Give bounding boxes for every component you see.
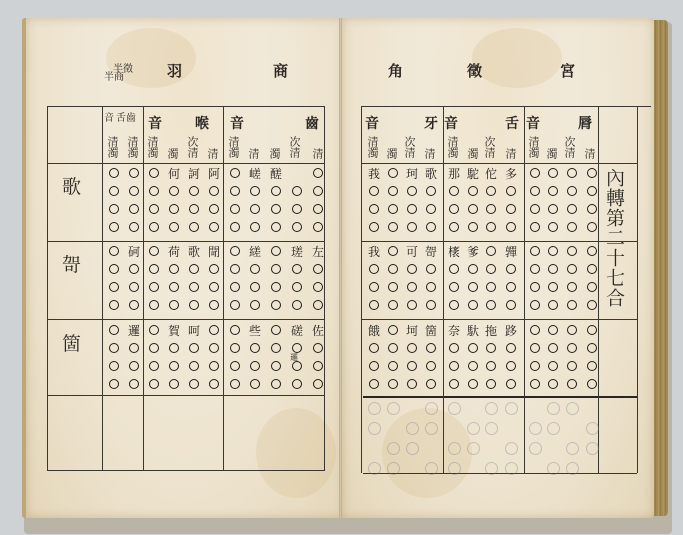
empty-cell [386,220,400,234]
empty-cell [147,341,161,355]
articulation-label: 音 [104,113,114,124]
empty-cell [386,359,400,373]
circle-icon [548,264,558,274]
circle-icon [548,361,558,371]
empty-cell [187,184,201,198]
circle-icon [506,186,516,196]
circle-icon [129,379,139,389]
ghost-circle [368,402,381,415]
character-cell: 荷 [167,244,181,258]
empty-cell [167,377,181,391]
circle-icon [486,361,496,371]
character: 何 [168,165,180,182]
empty-cell [127,262,141,276]
empty-cell [447,202,461,216]
empty-cell [311,262,325,276]
character-cell: 駝 [466,166,480,180]
circle-icon [567,186,577,196]
empty-cell [167,262,181,276]
ghost-circle [566,442,579,455]
circle-icon [271,300,281,310]
circle-icon [271,361,281,371]
circle-icon [449,186,459,196]
circle-icon [271,222,281,232]
circle-icon [468,361,478,371]
character: 呵 [188,322,200,339]
circle-icon [169,264,179,274]
circle-icon [486,204,496,214]
ghost-circle [505,462,518,475]
empty-cell [447,220,461,234]
circle-icon [486,186,496,196]
voicing-label: 次清 [403,136,415,158]
circle-icon [109,379,119,389]
character: 砢 [128,243,140,260]
circle-icon [548,300,558,310]
empty-cell [311,280,325,294]
empty-cell [187,202,201,216]
circle-icon [209,222,219,232]
empty-cell [207,359,221,373]
empty-cell [546,323,560,337]
circle-icon [506,222,516,232]
empty-cell [546,359,560,373]
circle-icon [388,325,398,335]
circle-icon [169,186,179,196]
empty-cell [484,262,498,276]
circle-icon [189,379,199,389]
character: 醝 [270,165,282,182]
circle-icon [548,246,558,256]
empty-cell [367,341,381,355]
empty-cell [127,220,141,234]
empty-cell [424,202,438,216]
circle-icon [530,300,540,310]
ghost-circle [485,402,498,415]
empty-cell [504,184,518,198]
empty-cell [528,244,542,258]
voicing-label: 清濁 [366,136,378,158]
circle-icon [530,282,540,292]
circle-icon [209,264,219,274]
empty-cell [405,184,419,198]
circle-icon [548,168,558,178]
ghost-circle [485,462,498,475]
empty-cell [290,262,304,276]
circle-icon [189,204,199,214]
empty-cell [167,298,181,312]
character-cell: 訶 [187,166,201,180]
voicing-label: 清 [504,148,516,159]
character: 荷 [168,243,180,260]
ghost-circle [586,422,599,435]
empty-cell [147,184,161,198]
circle-icon [388,168,398,178]
circle-icon [530,168,540,178]
circle-icon [587,379,597,389]
character-cell: 珂 [405,166,419,180]
circle-icon [426,300,436,310]
character-cell: 跢 [504,323,518,337]
empty-cell [187,298,201,312]
empty-cell [107,377,121,391]
empty-cell [386,166,400,180]
empty-cell [585,220,599,234]
character: 奈 [448,322,460,339]
circle-icon [129,204,139,214]
circle-icon [369,222,379,232]
character-cell: 嚲 [504,244,518,258]
character: 坷 [406,322,418,339]
empty-cell [187,220,201,234]
character: 駝 [467,165,479,182]
circle-icon [129,282,139,292]
circle-icon [449,264,459,274]
empty-cell [424,262,438,276]
empty-cell [484,377,498,391]
circle-icon [313,222,323,232]
character: 瑳 [291,243,303,260]
circle-icon [169,300,179,310]
empty-cell [290,220,304,234]
voicing-label: 清濁 [527,136,539,158]
character: 哿 [425,243,437,260]
circle-icon [506,343,516,353]
empty-cell [107,244,121,258]
empty-cell [269,377,283,391]
circle-icon [530,204,540,214]
empty-cell [546,184,560,198]
character: 餓 [368,322,380,339]
empty-cell [248,262,262,276]
articulation-label: 舌 [505,113,519,133]
empty-cell [228,202,242,216]
empty-cell [290,377,304,391]
empty-cell [585,359,599,373]
circle-icon [369,300,379,310]
circle-icon [149,222,159,232]
empty-cell [504,377,518,391]
empty-cell [187,280,201,294]
empty-cell [447,341,461,355]
empty-cell [386,341,400,355]
empty-cell [311,377,325,391]
character-cell: 拖 [484,323,498,337]
empty-cell [147,377,161,391]
empty-cell [167,220,181,234]
circle-icon [587,222,597,232]
circle-icon [486,264,496,274]
character: 那 [448,165,460,182]
circle-icon [506,361,516,371]
empty-cell [386,323,400,337]
ghost-circle [586,442,599,455]
empty-cell [565,184,579,198]
tone-label: 商 [273,60,288,81]
articulation-label: 音 [365,113,379,133]
empty-cell [107,202,121,216]
empty-cell [367,280,381,294]
empty-cell [311,298,325,312]
character-cell: 歌 [187,244,201,258]
empty-cell [466,184,480,198]
character: 馱 [467,322,479,339]
voicing-label: 次清 [483,136,495,158]
empty-cell [424,298,438,312]
articulation-label: 音 [526,113,540,133]
character-cell: 邏 [127,323,141,337]
articulation-label: 舌齒 [116,113,136,124]
empty-cell [248,184,262,198]
circle-icon [506,282,516,292]
circle-icon [313,300,323,310]
annotation: 邏 [290,352,298,363]
empty-cell [167,184,181,198]
circle-icon [109,300,119,310]
circle-icon [388,343,398,353]
empty-cell [207,202,221,216]
circle-icon [149,361,159,371]
empty-cell [386,184,400,198]
character: 我 [368,243,380,260]
empty-cell [311,202,325,216]
circle-icon [407,379,417,389]
empty-cell [367,298,381,312]
circle-icon [169,282,179,292]
empty-cell [228,262,242,276]
circle-icon [530,343,540,353]
empty-cell [207,220,221,234]
voicing-label: 清濁 [126,136,138,158]
character-cell: 我 [367,244,381,258]
ghost-circle [448,442,461,455]
ghost-circle [368,462,381,475]
circle-icon [292,379,302,389]
character-cell: 哿 [424,244,438,258]
circle-icon [149,204,159,214]
empty-cell [367,184,381,198]
circle-icon [189,222,199,232]
empty-cell [187,359,201,373]
circle-icon [426,361,436,371]
empty-cell [147,202,161,216]
circle-icon [426,186,436,196]
empty-cell [248,220,262,234]
empty-cell [546,341,560,355]
circle-icon [407,343,417,353]
empty-cell [311,359,325,373]
circle-icon [587,204,597,214]
circle-icon [388,282,398,292]
empty-cell [248,280,262,294]
empty-cell [546,298,560,312]
empty-cell [127,166,141,180]
voicing-label: 清 [311,148,323,159]
empty-cell [248,359,262,373]
empty-cell [386,262,400,276]
character: 珂 [406,165,418,182]
circle-icon [567,300,577,310]
empty-cell [405,220,419,234]
circle-icon [250,186,260,196]
circle-icon [567,379,577,389]
voicing-label: 次清 [288,136,300,158]
circle-icon [548,379,558,389]
circle-icon [468,222,478,232]
circle-icon [548,282,558,292]
circle-icon [109,282,119,292]
circle-icon [587,168,597,178]
empty-cell [585,202,599,216]
empty-cell [311,184,325,198]
circle-icon [449,204,459,214]
empty-cell [424,377,438,391]
empty-cell [484,202,498,216]
empty-cell [248,202,262,216]
character-cell: 那 [447,166,461,180]
empty-cell [565,166,579,180]
character-cell: 賀 [167,323,181,337]
empty-cell [484,280,498,294]
circle-icon [149,325,159,335]
empty-cell [504,359,518,373]
ghost-circle [547,422,560,435]
empty-cell [107,166,121,180]
voicing-label: 濁 [268,148,280,159]
circle-icon [109,186,119,196]
empty-cell [447,280,461,294]
voicing-label: 濁 [166,148,178,159]
character: 橠 [448,243,460,260]
empty-cell [528,202,542,216]
ghost-circle [448,462,461,475]
empty-cell [167,280,181,294]
tone-label: 宮 [560,60,575,81]
circle-icon [426,264,436,274]
circle-icon [149,186,159,196]
circle-icon [230,204,240,214]
empty-cell [269,202,283,216]
circle-icon [109,264,119,274]
empty-cell [546,166,560,180]
circle-icon [209,343,219,353]
empty-cell [228,377,242,391]
empty-cell [447,262,461,276]
voicing-label: 清 [247,148,259,159]
circle-icon [209,325,219,335]
circle-icon [250,343,260,353]
circle-icon [292,222,302,232]
circle-icon [449,343,459,353]
character-cell: 𩁴 [290,166,304,180]
empty-cell [127,202,141,216]
circle-icon [468,264,478,274]
circle-icon [250,264,260,274]
empty-cell [187,262,201,276]
empty-cell [466,377,480,391]
circle-icon [449,300,459,310]
circle-icon [230,379,240,389]
empty-cell [565,341,579,355]
character-cell: 些 [248,323,262,337]
empty-cell [546,220,560,234]
circle-icon [250,361,260,371]
page-edges [652,20,668,516]
empty-cell [528,298,542,312]
circle-icon [313,361,323,371]
circle-icon [530,379,540,389]
empty-cell [107,323,121,337]
circle-icon [169,343,179,353]
empty-cell [269,262,283,276]
empty-cell [528,184,542,198]
empty-cell [565,323,579,337]
empty-cell [311,220,325,234]
empty-cell [386,244,400,258]
empty-cell [565,262,579,276]
empty-cell [585,244,599,258]
empty-cell [565,298,579,312]
circle-icon [587,343,597,353]
ghost-circle [448,402,461,415]
circle-icon [369,343,379,353]
circle-icon [149,282,159,292]
empty-cell [528,359,542,373]
circle-icon [230,300,240,310]
empty-cell [565,377,579,391]
circle-icon [230,282,240,292]
circle-icon [426,343,436,353]
circle-icon [250,379,260,389]
empty-cell [248,377,262,391]
character: 嚲 [505,243,517,260]
ghost-circle [505,402,518,415]
empty-cell [269,323,283,337]
circle-icon [271,264,281,274]
circle-icon [313,282,323,292]
circle-icon [149,300,159,310]
circle-icon [250,282,260,292]
empty-cell [504,341,518,355]
circle-icon [189,300,199,310]
circle-icon [189,361,199,371]
empty-cell [466,298,480,312]
circle-icon [313,186,323,196]
empty-cell [466,280,480,294]
empty-cell [367,377,381,391]
empty-cell [127,184,141,198]
circle-icon [587,186,597,196]
empty-cell [207,262,221,276]
character: 莪 [368,165,380,182]
circle-icon [169,204,179,214]
circle-icon [530,325,540,335]
character-cell: 阿 [207,166,221,180]
empty-cell [585,298,599,312]
circle-icon [271,325,281,335]
circle-icon [149,246,159,256]
character-cell: 坷 [405,323,419,337]
stain [472,28,562,88]
articulation-label: 音 [148,113,162,133]
character-cell: 左 [311,244,325,258]
circle-icon [486,246,496,256]
empty-cell [528,323,542,337]
circle-icon [230,168,240,178]
character: 賀 [168,322,180,339]
character: 爹 [467,243,479,260]
circle-icon [109,343,119,353]
